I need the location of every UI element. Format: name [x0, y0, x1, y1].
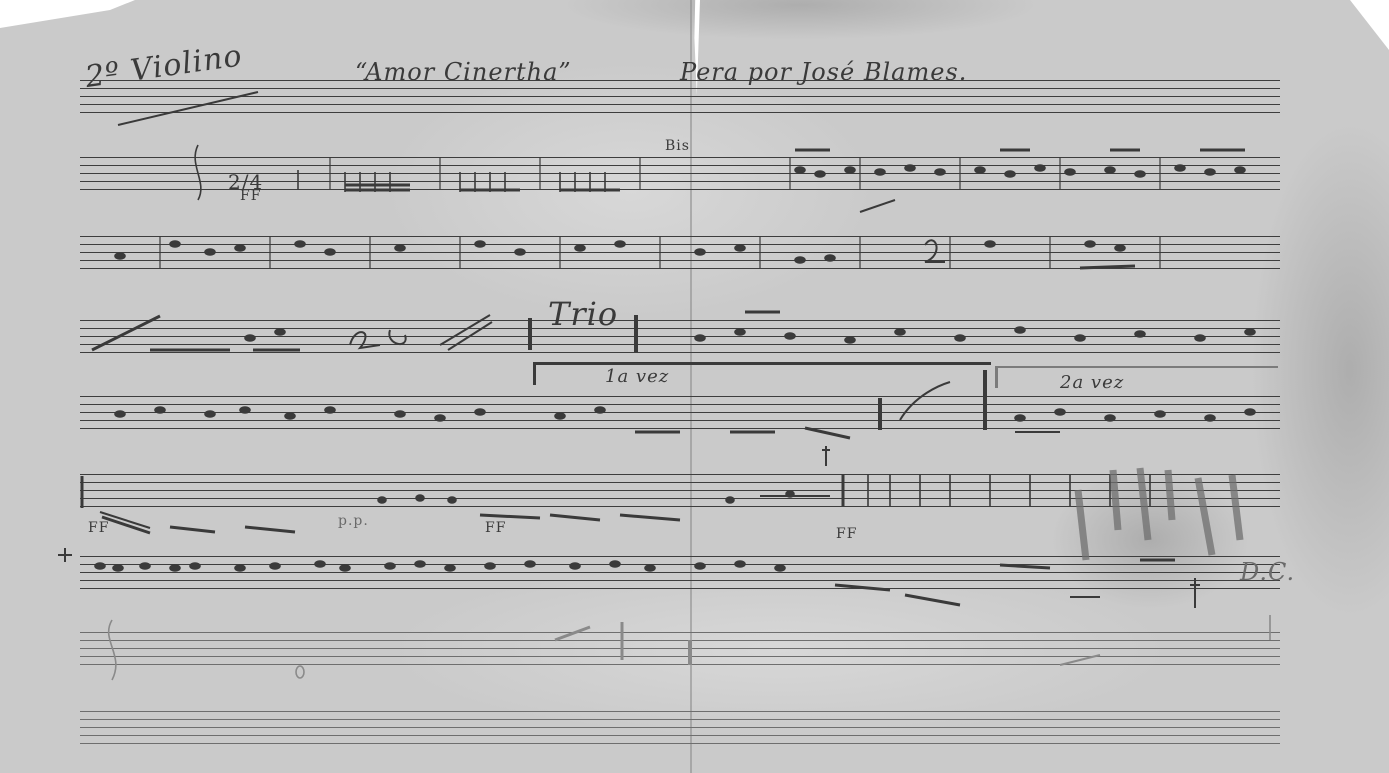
staff1-notes: [298, 170, 620, 192]
manuscript-page: 2º Violino “Amor Cinertha” Pera por José…: [0, 0, 1389, 773]
staff1-right-notes: [795, 150, 1245, 177]
staff4-notes: [115, 370, 1255, 466]
staff2-notes: [115, 200, 1135, 268]
staff5-notes: [82, 474, 1150, 533]
staff5-ink-smears: [1078, 468, 1240, 560]
staff3-notes: [92, 312, 1255, 352]
notation-marks: [0, 0, 1389, 773]
staff6-notes: [58, 548, 1200, 608]
staff7-faint-notes: [109, 615, 1270, 680]
